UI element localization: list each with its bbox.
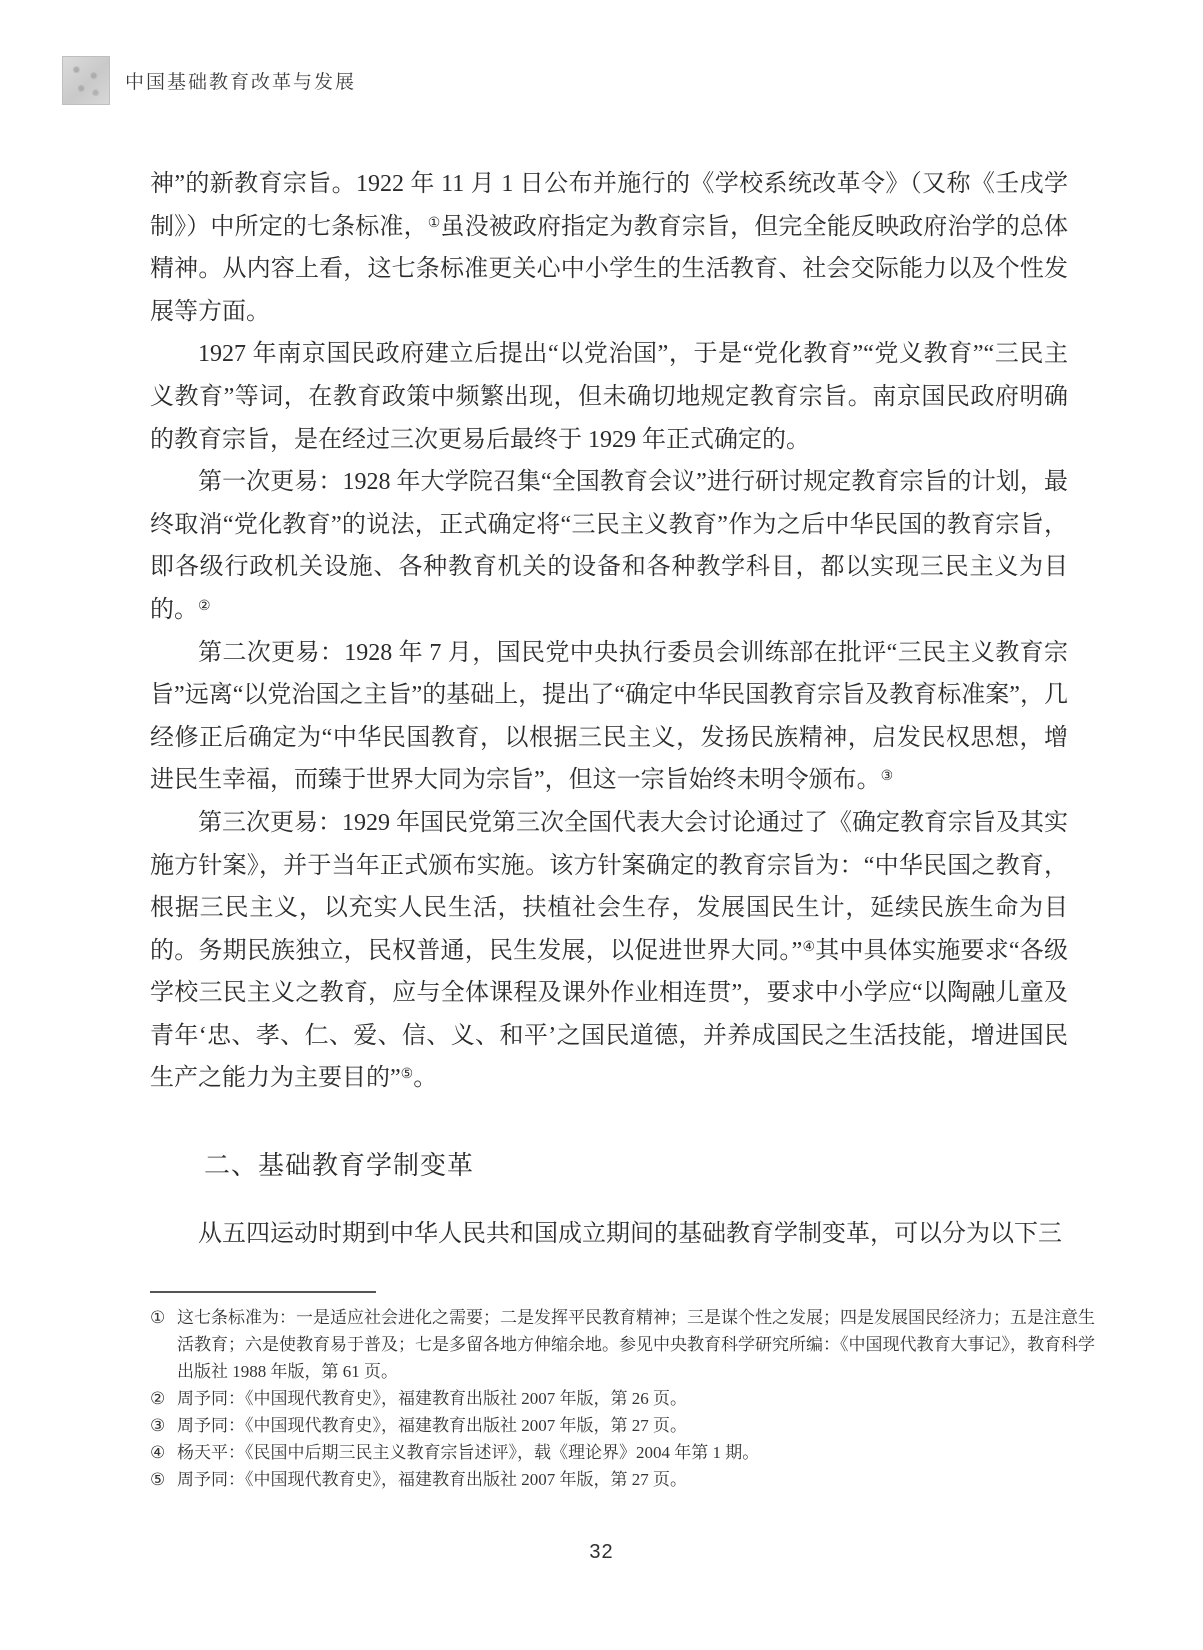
footnote-reference: ⑤ (401, 1067, 414, 1082)
footnote-marker: ⑤ (150, 1466, 165, 1493)
section-heading: 二、基础教育学制变革 (204, 1145, 1068, 1182)
body-paragraph: 第三次更易：1929 年国民党第三次全国代表大会讨论通过了《确定教育宗旨及其实施… (150, 802, 1068, 1100)
footnote-marker: ① (150, 1304, 165, 1331)
body-paragraph: 第一次更易：1928 年大学院召集“全国教育会议”进行研讨规定教育宗旨的计划，最… (150, 461, 1068, 631)
body-paragraph: 第二次更易：1928 年 7 月，国民党中央执行委员会训练部在批评“三民主义教育… (150, 632, 1068, 802)
footnote: ②周予同：《中国现代教育史》，福建教育出版社 2007 年版，第 26 页。 (150, 1385, 1095, 1412)
footnote: ③周予同：《中国现代教育史》，福建教育出版社 2007 年版，第 27 页。 (150, 1412, 1095, 1439)
footnote-separator (150, 1291, 376, 1293)
body-paragraph: 神”的新教育宗旨。1922 年 11 月 1 日公布并施行的《学校系统改革令》（… (150, 163, 1068, 333)
body-paragraph: 从五四运动时期到中华人民共和国成立期间的基础教育学制变革，可以分为以下三 (150, 1213, 1068, 1256)
footnote: ④杨天平：《民国中后期三民主义教育宗旨述评》，载《理论界》2004 年第 1 期… (150, 1439, 1095, 1466)
page-body: 神”的新教育宗旨。1922 年 11 月 1 日公布并施行的《学校系统改革令》（… (150, 163, 1068, 1256)
book-title: 中国基础教育改革与发展 (125, 67, 356, 94)
page-number: 32 (0, 1541, 1203, 1564)
footnote: ⑤周予同：《中国现代教育史》，福建教育出版社 2007 年版，第 27 页。 (150, 1466, 1095, 1493)
footnote-reference: ③ (881, 769, 894, 784)
footnote-reference: ④ (802, 940, 815, 955)
footnotes: ①这七条标准为：一是适应社会进化之需要；二是发挥平民教育精神；三是谋个性之发展；… (150, 1304, 1095, 1493)
footnote: ①这七条标准为：一是适应社会进化之需要；二是发挥平民教育精神；三是谋个性之发展；… (150, 1304, 1095, 1385)
footnote-marker: ④ (150, 1439, 165, 1466)
footnote-reference: ② (198, 599, 211, 614)
footnote-reference: ① (428, 216, 441, 231)
footnote-marker: ② (150, 1385, 165, 1412)
body-paragraphs-after-heading: 从五四运动时期到中华人民共和国成立期间的基础教育学制变革，可以分为以下三 (150, 1213, 1068, 1256)
body-paragraph: 1927 年南京国民政府建立后提出“以党治国”，于是“党化教育”“党义教育”“三… (150, 333, 1068, 461)
page-header: 中国基础教育改革与发展 (62, 56, 356, 105)
publisher-seal-icon (62, 56, 110, 105)
footnote-marker: ③ (150, 1412, 165, 1439)
book-page: 中国基础教育改革与发展 神”的新教育宗旨。1922 年 11 月 1 日公布并施… (0, 0, 1203, 1650)
body-paragraphs: 神”的新教育宗旨。1922 年 11 月 1 日公布并施行的《学校系统改革令》（… (150, 163, 1068, 1100)
